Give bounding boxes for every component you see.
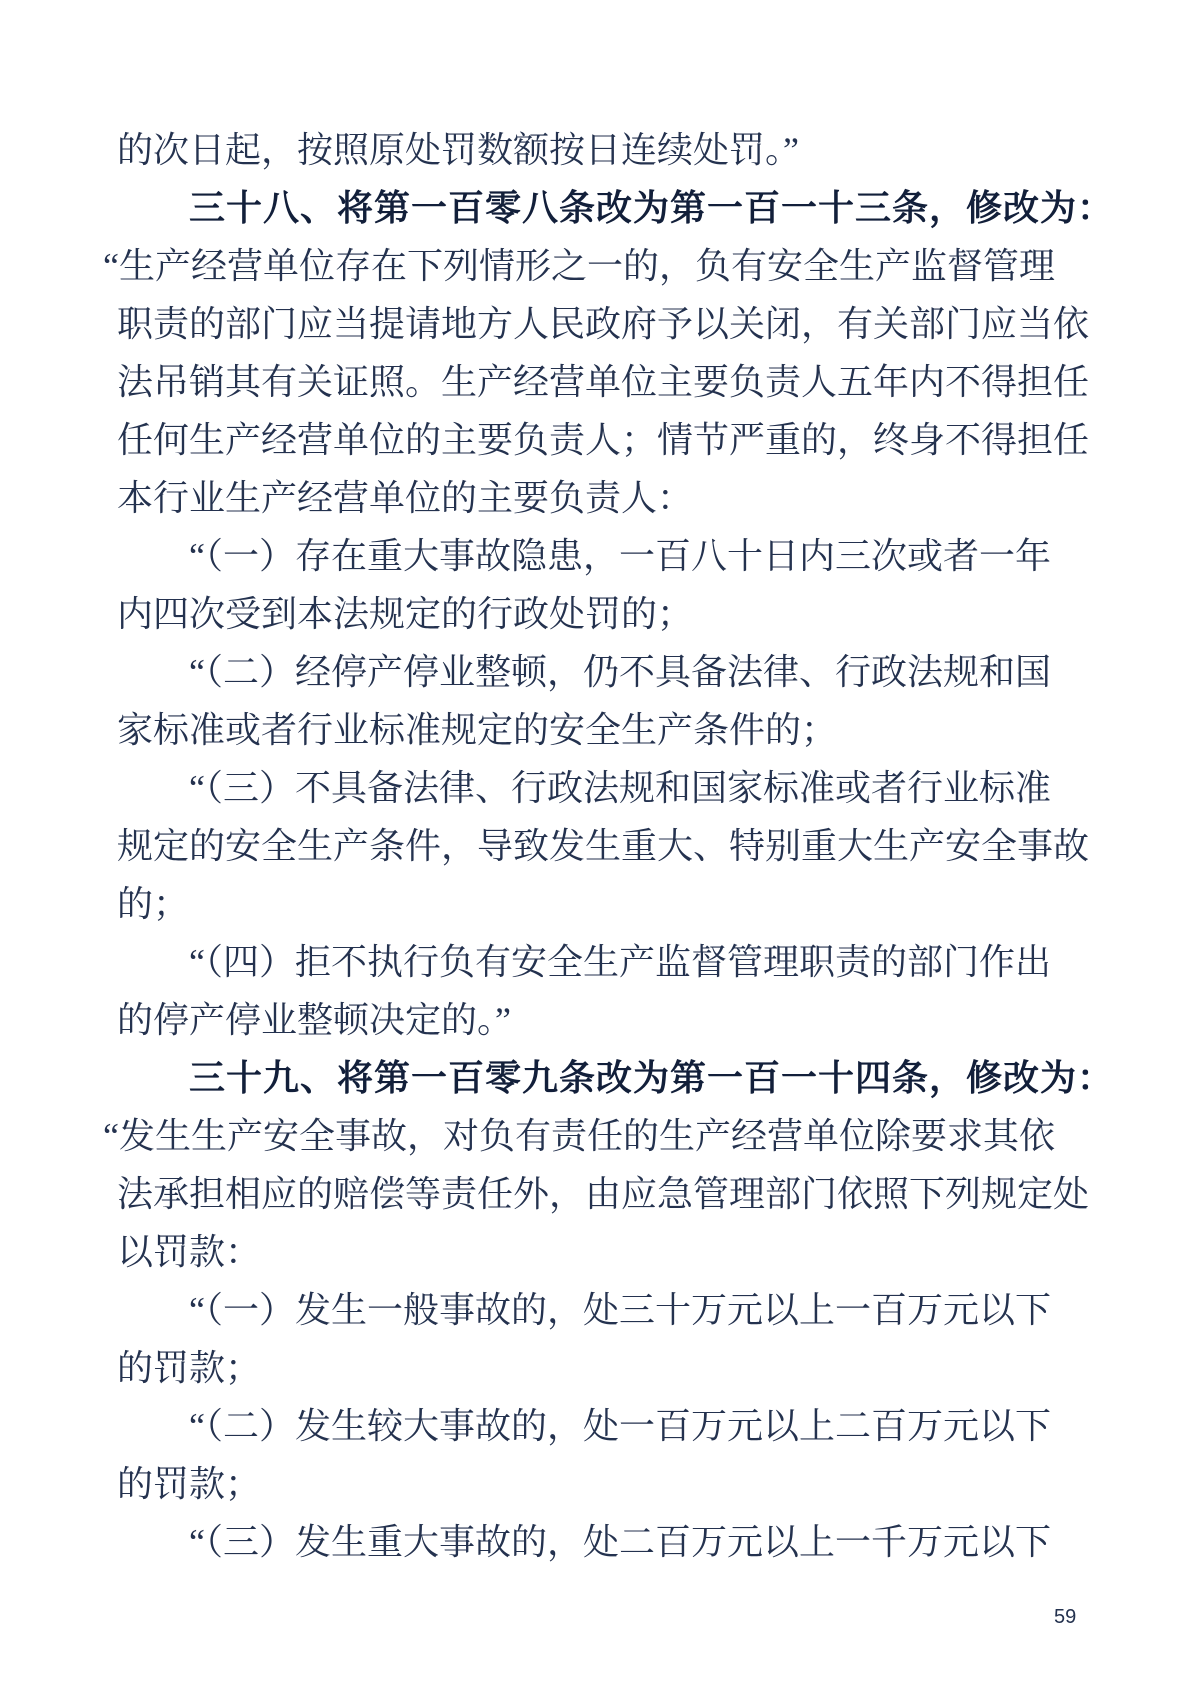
heading-item-38-line-1: 三十八、将第一百零八条改为第一百一十三条，修改为： (117, 179, 1102, 237)
para-item-38-sub-3-line-3: 的； (117, 875, 1102, 933)
para-item-38-intro-line-3: 法吊销其有关证照。生产经营单位主要负责人五年内不得担任 (117, 353, 1102, 411)
para-item-39-intro-line-1: “发生生产安全事故，对负有责任的生产经营单位除要求其依 (117, 1107, 1102, 1165)
para-item-39-sub-3-line-1: “（三）发生重大事故的，处二百万元以上一千万元以下 (117, 1513, 1102, 1571)
heading-item-39-line-1: 三十九、将第一百零九条改为第一百一十四条，修改为： (117, 1049, 1102, 1107)
page-number: 59 (1054, 1604, 1076, 1630)
para-item-39-sub-2-line-1: “（二）发生较大事故的，处一百万元以上二百万元以下 (117, 1397, 1102, 1455)
para-item-38-sub-3-line-1: “（三）不具备法律、行政法规和国家标准或者行业标准 (117, 759, 1102, 817)
para-item-38-sub-3-line-2: 规定的安全生产条件，导致发生重大、特别重大生产安全事故 (117, 817, 1102, 875)
para-item-38-intro-line-5: 本行业生产经营单位的主要负责人： (117, 469, 1102, 527)
para-item-39-sub-2-line-2: 的罚款； (117, 1455, 1102, 1513)
para-item-38-intro-line-2: 职责的部门应当提请地方人民政府予以关闭，有关部门应当依 (117, 295, 1102, 353)
para-item-38-sub-1-line-2: 内四次受到本法规定的行政处罚的； (117, 585, 1102, 643)
para-item-39-sub-1-line-2: 的罚款； (117, 1339, 1102, 1397)
para-item-38-sub-4-line-2: 的停产停业整顿决定的。” (117, 991, 1102, 1049)
para-item-38-sub-4-line-1: “（四）拒不执行负有安全生产监督管理职责的部门作出 (117, 933, 1102, 991)
para-item-38-sub-2-line-1: “（二）经停产停业整顿，仍不具备法律、行政法规和国 (117, 643, 1102, 701)
para-item-39-sub-1-line-1: “（一）发生一般事故的，处三十万元以上一百万元以下 (117, 1281, 1102, 1339)
para-item-39-intro-line-2: 法承担相应的赔偿等责任外，由应急管理部门依照下列规定处 (117, 1165, 1102, 1223)
para-item-38-intro-line-1: “生产经营单位存在下列情形之一的，负有安全生产监督管理 (117, 237, 1102, 295)
para-item-39-intro-line-3: 以罚款： (117, 1223, 1102, 1281)
para-item-38-sub-2-line-2: 家标准或者行业标准规定的安全生产条件的； (117, 701, 1102, 759)
document-body: 的次日起，按照原处罚数额按日连续处罚。”三十八、将第一百零八条改为第一百一十三条… (117, 121, 1102, 1571)
para-item-38-intro-line-4: 任何生产经营单位的主要负责人；情节严重的，终身不得担任 (117, 411, 1102, 469)
document-page: 的次日起，按照原处罚数额按日连续处罚。”三十八、将第一百零八条改为第一百一十三条… (0, 0, 1190, 1683)
para-item-38-sub-1-line-1: “（一）存在重大事故隐患，一百八十日内三次或者一年 (117, 527, 1102, 585)
para-continuation-line-1: 的次日起，按照原处罚数额按日连续处罚。” (117, 121, 1102, 179)
